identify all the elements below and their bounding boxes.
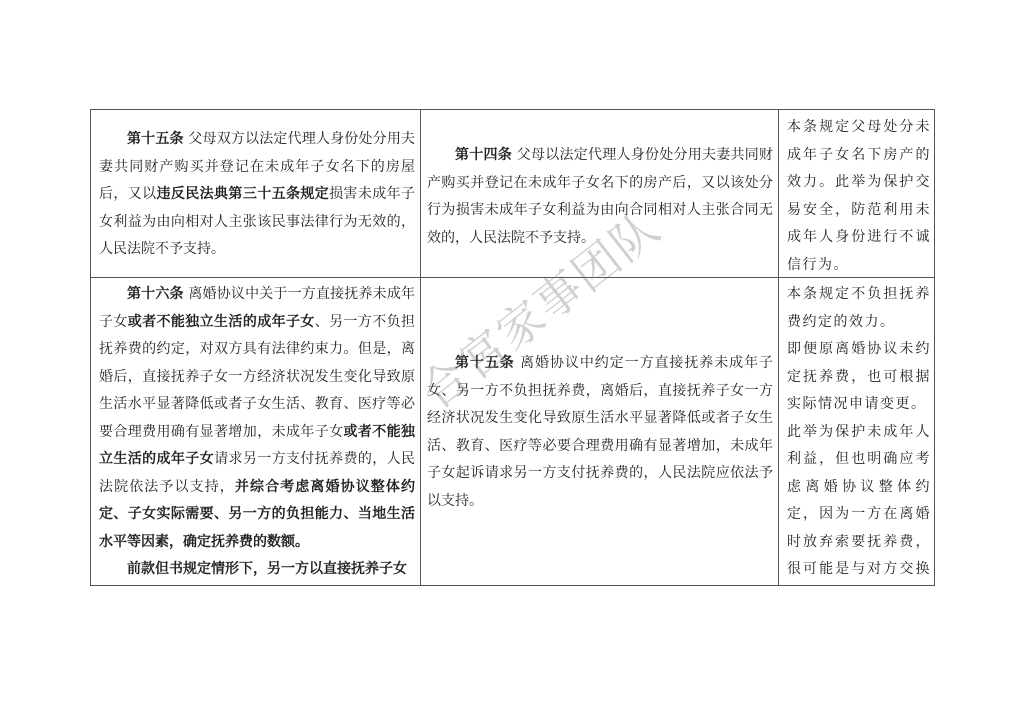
note-cell: 本条规定父母处分未成年子女名下房产的效力。此举为保护交易安全，防范利用未成年人身… (787, 114, 931, 279)
text-segment: 离婚协议中约定一方直接抚养未成年子女、另一方不负担抚养费，离婚后，直接抚养子女一… (427, 355, 773, 509)
column-divider (420, 110, 421, 585)
article-text: 第十五条 父母双方以法定代理人身份处分用夫妻共同财产购买并登记在未成年子女名下的… (99, 126, 415, 264)
article-number: 第十六条 (127, 286, 184, 302)
new-article-cell: 第十五条 父母双方以法定代理人身份处分用夫妻共同财产购买并登记在未成年子女名下的… (99, 126, 415, 264)
article-text: 第十六条 离婚协议中关于一方直接抚养未成年子女或者不能独立生活的成年子女、另一方… (99, 281, 415, 556)
note-text: 本条规定不负担抚养费约定的效力。 (787, 281, 931, 336)
old-article-cell: 第十五条 离婚协议中约定一方直接抚养未成年子女、另一方不负担抚养费，离婚后，直接… (427, 350, 773, 515)
article-number: 第十四条 (455, 147, 512, 163)
text-segment: 、另一方不负担抚养费的约定，对双方具有法律约束力。但是，离婚后，直接抚养子女一方… (99, 314, 415, 440)
text-segment-bold: 违反民法典第三十五条规定 (157, 186, 330, 202)
comparison-table: 第十五条 父母双方以法定代理人身份处分用夫妻共同财产购买并登记在未成年子女名下的… (90, 109, 935, 586)
new-article-cell: 第十六条 离婚协议中关于一方直接抚养未成年子女或者不能独立生活的成年子女、另一方… (99, 281, 415, 584)
note-cell: 本条规定不负担抚养费约定的效力。 即便原离婚协议未约定抚养费，也可根据实际情况申… (787, 281, 931, 581)
text-segment-bold: 或者不能独立生活的成年子女 (128, 314, 315, 330)
old-article-cell: 第十四条 父母以法定代理人身份处分用夫妻共同财产购买并登记在未成年子女名下的房产… (427, 142, 773, 252)
article-continuation: 前款但书规定情形下，另一方以直接抚养子女 (99, 556, 415, 584)
note-text: 即便原离婚协议未约定抚养费，也可根据实际情况申请变更。 (787, 336, 931, 419)
article-text: 第十五条 离婚协议中约定一方直接抚养未成年子女、另一方不负担抚养费，离婚后，直接… (427, 350, 773, 515)
column-divider (778, 110, 779, 585)
note-text: 此举为保护未成年人利益，但也明确应考虑离婚协议整体约定，因为一方在离婚时放弃索要… (787, 419, 931, 582)
article-number: 第十五条 (127, 131, 184, 147)
note-text: 本条规定父母处分未成年子女名下房产的效力。此举为保护交易安全，防范利用未成年人身… (787, 114, 931, 279)
article-text: 第十四条 父母以法定代理人身份处分用夫妻共同财产购买并登记在未成年子女名下的房产… (427, 142, 773, 252)
article-number: 第十五条 (455, 355, 515, 371)
